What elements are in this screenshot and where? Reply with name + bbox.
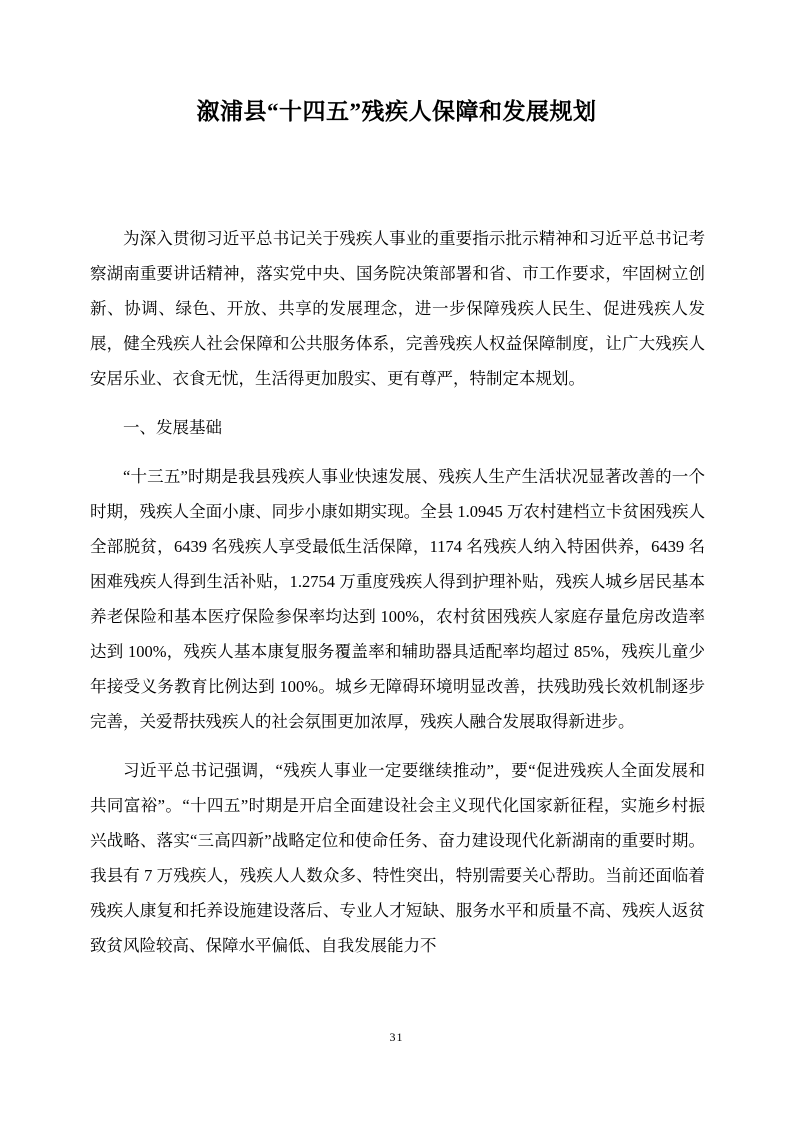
paragraph-intro: 为深入贯彻习近平总书记关于残疾人事业的重要指示批示精神和习近平总书记考察湖南重要…: [90, 221, 705, 396]
document-page: 溆浦县“十四五”残疾人保障和发展规划 为深入贯彻习近平总书记关于残疾人事业的重要…: [0, 0, 793, 1122]
paragraph-13th-five-year-achievements: “十三五”时期是我县残疾人事业快速发展、残疾人生产生活状况显著改善的一个时期，残…: [90, 459, 705, 739]
section-heading-development-basis: 一、发展基础: [90, 410, 705, 445]
page-number: 31: [0, 1030, 793, 1045]
document-title: 溆浦县“十四五”残疾人保障和发展规划: [0, 0, 793, 129]
document-body: 为深入贯彻习近平总书记关于残疾人事业的重要指示批示精神和习近平总书记考察湖南重要…: [90, 221, 705, 963]
paragraph-14th-five-year-outlook: 习近平总书记强调，“残疾人事业一定要继续推动”，要“促进残疾人全面发展和共同富裕…: [90, 753, 705, 963]
